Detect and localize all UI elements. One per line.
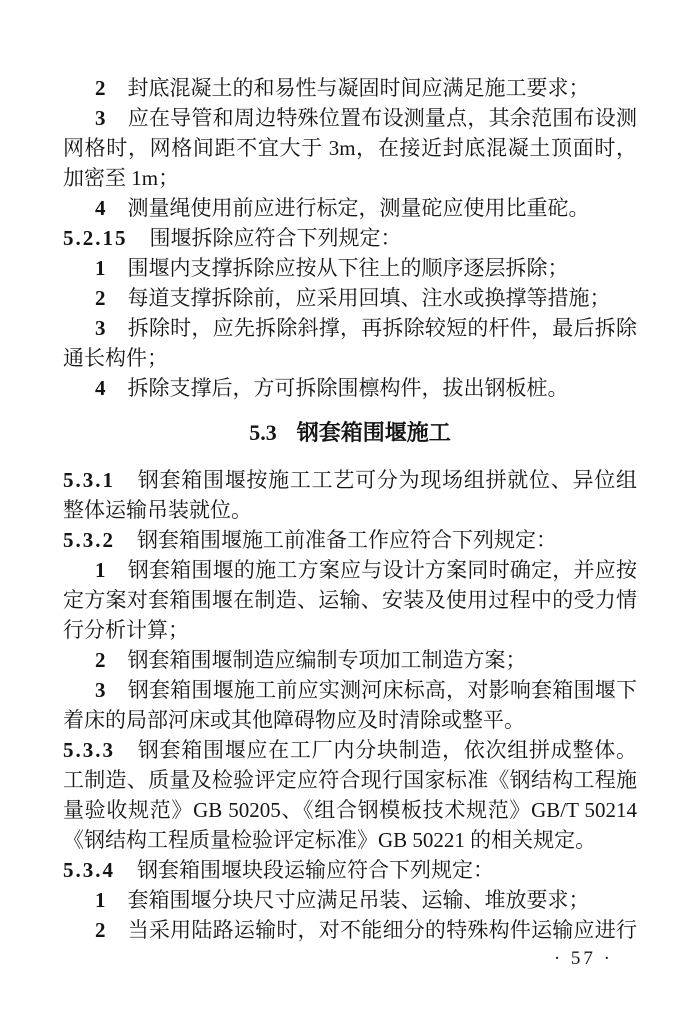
item-line: 1钢套箱围堰的施工方案应与设计方案同时确定，并应按确 xyxy=(63,555,637,585)
paragraph-indent xyxy=(63,334,95,335)
number-text-gap xyxy=(106,576,128,577)
number-text-gap xyxy=(106,94,128,95)
item-number: 2 xyxy=(95,286,106,310)
item-line: 1套箱围堰分块尺寸应满足吊装、运输、堆放要求； xyxy=(63,885,637,915)
paragraph-indent xyxy=(63,666,95,667)
line-text: 网格时，网格间距不宜大于 3m，在接近封底混凝土顶面时，测点应 xyxy=(63,136,637,163)
continuation-line: 《钢结构工程质量检验评定标准》GB 50221 的相关规定。 xyxy=(63,825,637,855)
number-text-gap xyxy=(128,244,150,245)
continuation-line: 行分析计算； xyxy=(63,615,637,645)
number-text-gap xyxy=(106,666,128,667)
item-number: 1 xyxy=(95,888,106,912)
line-text: 拆除时，应先拆除斜撑，再拆除较短的杆件，最后拆除纵横 xyxy=(63,316,637,343)
number-text-gap xyxy=(106,304,128,305)
line-text: 定方案对套箱围堰在制造、运输、安装及使用过程中的受力情况进 xyxy=(63,588,637,615)
line-text: 每道支撑拆除前，应采用回填、注水或换撑等措施； xyxy=(128,286,611,310)
clause-number: 5.3.3 xyxy=(63,738,115,762)
paragraph-indent xyxy=(63,124,95,125)
number-text-gap xyxy=(106,124,128,125)
number-text-gap xyxy=(106,936,128,937)
number-text-gap xyxy=(115,756,137,757)
number-text-gap xyxy=(115,546,137,547)
clause-line: 5.3.2钢套箱围堰施工前准备工作应符合下列规定： xyxy=(63,525,637,555)
clause-line: 5.2.15围堰拆除应符合下列规定： xyxy=(63,223,637,253)
continuation-line: 整体运输吊装就位。 xyxy=(63,495,637,525)
clause-number: 5.2.15 xyxy=(63,226,128,250)
continuation-line: 着床的局部河床或其他障碍物应及时清除或整平。 xyxy=(63,705,637,735)
paragraph-indent xyxy=(63,94,95,95)
line-text: 封底混凝土的和易性与凝固时间应满足施工要求； xyxy=(128,76,590,100)
line-text: 钢套箱围堰按施工工艺可分为现场组拼就位、异位组拼后 xyxy=(63,468,637,495)
line-text: 套箱围堰分块尺寸应满足吊装、运输、堆放要求； xyxy=(128,888,590,912)
line-text: 工制造、质量及检验评定应符合现行国家标准《钢结构工程施工质 xyxy=(63,768,637,795)
item-line: 3钢套箱围堰施工前应实测河床标高，对影响套箱围堰下沉 xyxy=(63,675,637,705)
clause-number: 5.3.1 xyxy=(63,468,115,492)
item-line: 2钢套箱围堰制造应编制专项加工制造方案； xyxy=(63,645,637,675)
continuation-line: 量验收规范》GB 50205、《组合钢模板技术规范》GB/T 50214 及 xyxy=(63,795,637,825)
number-text-gap xyxy=(277,439,297,440)
item-number: 1 xyxy=(95,256,106,280)
item-line: 4测量绳使用前应进行标定，测量砣应使用比重砣。 xyxy=(63,193,637,223)
document-lines: 2封底混凝土的和易性与凝固时间应满足施工要求；3应在导管和周边特殊位置布设测量点… xyxy=(63,73,637,945)
number-text-gap xyxy=(106,274,128,275)
item-number: 3 xyxy=(95,316,106,340)
item-line: 3应在导管和周边特殊位置布设测量点，其余范围布设测量 xyxy=(63,103,637,133)
line-text: 围堰内支撑拆除应按从下往上的顺序逐层拆除； xyxy=(128,256,569,280)
line-text: 应在导管和周边特殊位置布设测量点，其余范围布设测量 xyxy=(63,106,637,133)
item-line: 2当采用陆路运输时，对不能细分的特殊构件运输应进行相 xyxy=(63,915,637,945)
number-text-gap xyxy=(115,876,137,877)
item-number: 1 xyxy=(95,558,106,582)
item-number: 4 xyxy=(95,196,106,220)
line-text: 钢套箱围堰制造应编制专项加工制造方案； xyxy=(128,648,527,672)
line-text: 行分析计算； xyxy=(63,618,189,642)
document-page: 2封底混凝土的和易性与凝固时间应满足施工要求；3应在导管和周边特殊位置布设测量点… xyxy=(0,0,700,1023)
clause-line: 5.3.3钢套箱围堰应在工厂内分块制造，依次组拼成整体。其加 xyxy=(63,735,637,765)
section-title: 钢套箱围堰施工 xyxy=(297,420,451,445)
item-number: 3 xyxy=(95,678,106,702)
line-text: 拆除支撑后，方可拆除围檩构件，拔出钢板桩。 xyxy=(128,376,569,400)
number-text-gap xyxy=(115,486,137,487)
item-line: 2封底混凝土的和易性与凝固时间应满足施工要求； xyxy=(63,73,637,103)
line-text: 钢套箱围堰应在工厂内分块制造，依次组拼成整体。其加 xyxy=(63,738,637,765)
clause-line: 5.3.4钢套箱围堰块段运输应符合下列规定： xyxy=(63,855,637,885)
item-number: 2 xyxy=(95,918,106,942)
number-text-gap xyxy=(106,394,128,395)
line-text: 钢套箱围堰的施工方案应与设计方案同时确定，并应按确 xyxy=(63,558,637,585)
line-text: 测量绳使用前应进行标定，测量砣应使用比重砣。 xyxy=(128,196,590,220)
paragraph-indent xyxy=(63,394,95,395)
clause-line: 5.3.1钢套箱围堰按施工工艺可分为现场组拼就位、异位组拼后 xyxy=(63,465,637,495)
continuation-line: 通长构件； xyxy=(63,343,637,373)
paragraph-indent xyxy=(63,906,95,907)
line-text: 钢套箱围堰块段运输应符合下列规定： xyxy=(137,858,494,882)
line-text: 量验收规范》GB 50205、《组合钢模板技术规范》GB/T 50214 及 xyxy=(63,798,637,825)
section-number: 5.3 xyxy=(249,420,277,445)
page-number: · 57 · xyxy=(554,948,613,970)
item-number: 4 xyxy=(95,376,106,400)
clause-number: 5.3.4 xyxy=(63,858,115,882)
paragraph-indent xyxy=(63,304,95,305)
number-text-gap xyxy=(106,696,128,697)
paragraph-indent xyxy=(63,214,95,215)
continuation-line: 加密至 1m； xyxy=(63,163,637,193)
line-text: 《钢结构工程质量检验评定标准》GB 50221 的相关规定。 xyxy=(63,828,596,852)
line-text: 通长构件； xyxy=(63,346,168,370)
item-line: 3拆除时，应先拆除斜撑，再拆除较短的杆件，最后拆除纵横 xyxy=(63,313,637,343)
paragraph-indent xyxy=(63,696,95,697)
line-text: 围堰拆除应符合下列规定： xyxy=(150,226,402,250)
item-number: 2 xyxy=(95,648,106,672)
item-line: 1围堰内支撑拆除应按从下往上的顺序逐层拆除； xyxy=(63,253,637,283)
number-text-gap xyxy=(106,906,128,907)
number-text-gap xyxy=(106,334,128,335)
item-line: 4拆除支撑后，方可拆除围檩构件，拔出钢板桩。 xyxy=(63,373,637,403)
section-heading: 5.3钢套箱围堰施工 xyxy=(63,418,637,448)
number-text-gap xyxy=(106,214,128,215)
clause-number: 5.3.2 xyxy=(63,528,115,552)
item-line: 2每道支撑拆除前，应采用回填、注水或换撑等措施； xyxy=(63,283,637,313)
line-text: 钢套箱围堰施工前准备工作应符合下列规定： xyxy=(137,528,557,552)
continuation-line: 定方案对套箱围堰在制造、运输、安装及使用过程中的受力情况进 xyxy=(63,585,637,615)
continuation-line: 工制造、质量及检验评定应符合现行国家标准《钢结构工程施工质 xyxy=(63,765,637,795)
paragraph-indent xyxy=(63,576,95,577)
line-text: 整体运输吊装就位。 xyxy=(63,498,252,522)
continuation-line: 网格时，网格间距不宜大于 3m，在接近封底混凝土顶面时，测点应 xyxy=(63,133,637,163)
item-number: 2 xyxy=(95,76,106,100)
line-text: 钢套箱围堰施工前应实测河床标高，对影响套箱围堰下沉 xyxy=(63,678,637,705)
item-number: 3 xyxy=(95,106,106,130)
paragraph-indent xyxy=(63,274,95,275)
line-text: 着床的局部河床或其他障碍物应及时清除或整平。 xyxy=(63,708,525,732)
line-text: 加密至 1m； xyxy=(63,166,179,190)
line-text: 当采用陆路运输时，对不能细分的特殊构件运输应进行相 xyxy=(63,918,637,945)
paragraph-indent xyxy=(63,936,95,937)
